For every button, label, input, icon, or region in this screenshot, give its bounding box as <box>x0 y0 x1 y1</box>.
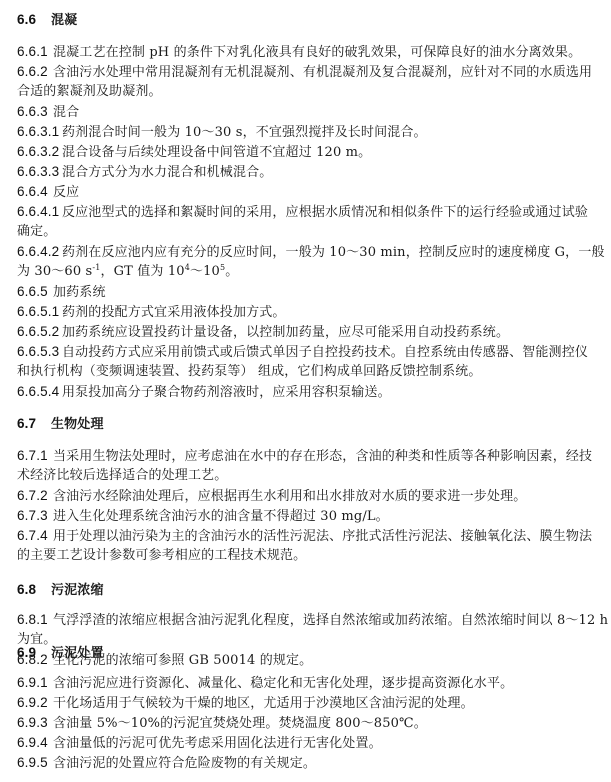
clause-number: 6.9.2 <box>17 693 53 712</box>
clause-text: 含油污水处理中常用混凝剂有无机混凝剂、有机混凝剂及复合混凝剂，应针对不同的水质选… <box>53 65 592 80</box>
clause-6-6-4-2-continuation: 为 30～60 s-1，GT 值为 104～105。 <box>17 262 238 281</box>
clause-text: 混合方式分为水力混合和机械混合。 <box>62 165 272 180</box>
text-fragment: 。 <box>225 264 238 279</box>
clause-number: 6.6.3.3 <box>17 162 62 181</box>
clause-6-6-5: 6.6.5加药系统 <box>17 282 106 302</box>
section-title: 污泥浓缩 <box>51 583 104 598</box>
clause-6-6-5-2: 6.6.5.2加药系统应设置投药计量设备，以控制加药量，应尽可能采用自动投药系统… <box>17 322 509 342</box>
clause-6-7-3: 6.7.3进入生化处理系统含油污水的油含量不得超过 30 mg/L。 <box>17 506 389 526</box>
section-number: 6.9 <box>17 643 51 662</box>
clause-text: 含油污水经除油处理后，应根据再生水利用和出水排放对水质的要求进一步处理。 <box>53 489 526 504</box>
clause-text: 进入生化处理系统含油污水的油含量不得超过 30 mg/L。 <box>53 509 389 524</box>
section-title: 混凝 <box>51 13 77 28</box>
clause-6-6-3-3: 6.6.3.3混合方式分为水力混合和机械混合。 <box>17 162 272 182</box>
clause-6-6-1: 6.6.1混凝工艺在控制 pH 的条件下对乳化液具有良好的破乳效果，可保障良好的… <box>17 42 581 62</box>
clause-number: 6.6.4 <box>17 182 53 201</box>
section-number: 6.7 <box>17 414 51 433</box>
clause-number: 6.6.5.4 <box>17 382 62 401</box>
clause-text: 用于处理以油污染为主的含油污水的活性污泥法、序批式活性污泥法、接触氧化法、膜生物… <box>53 529 592 544</box>
clause-6-6-4-1: 6.6.4.1反应池型式的选择和絮凝时间的采用，应根据水质情况和相似条件下的运行… <box>17 202 588 222</box>
clause-6-7-1-continuation: 术经济比较后选择适合的处理工艺。 <box>17 466 227 485</box>
clause-6-7-1: 6.7.1当采用生物法处理时，应考虑油在水中的存在形态，含油的种类和性质等各种影… <box>17 446 592 466</box>
clause-6-7-4: 6.7.4用于处理以油污染为主的含油污水的活性污泥法、序批式活性污泥法、接触氧化… <box>17 526 592 546</box>
section-heading-6-9: 6.9污泥处置 <box>17 643 104 663</box>
clause-number: 6.6.3.2 <box>17 142 62 161</box>
clause-6-6-4-2: 6.6.4.2药剂在反应池内应有充分的反应时间，一般为 10～30 min，控制… <box>17 242 605 262</box>
clause-text: 含油污泥的处置应符合危险废物的有关规定。 <box>53 756 316 771</box>
clause-6-6-5-1: 6.6.5.1药剂的投配方式宜采用液体投加方式。 <box>17 302 286 322</box>
text-fragment: ，GT 值为 10 <box>100 264 184 279</box>
clause-6-8-1: 6.8.1气浮浮渣的浓缩应根据含油污泥乳化程度，选择自然浓缩或加药浓缩。自然浓缩… <box>17 610 608 630</box>
section-heading-6-6: 6.6混凝 <box>17 10 77 30</box>
clause-6-9-4: 6.9.4含油量低的污泥可优先考虑采用固化法进行无害化处置。 <box>17 733 382 753</box>
clause-text: 含油量 5%～10%的污泥宜焚烧处理。焚烧温度 800～850℃。 <box>53 716 427 731</box>
clause-text: 干化场适用于气候较为干燥的地区，尤适用于沙漠地区含油污泥的处理。 <box>53 696 474 711</box>
clause-text: 混合 <box>53 105 79 120</box>
clause-6-9-1: 6.9.1含油污泥应进行资源化、减量化、稳定化和无害化处理，逐步提高资源化水平。 <box>17 673 513 693</box>
clause-6-6-2: 6.6.2含油污水处理中常用混凝剂有无机混凝剂、有机混凝剂及复合混凝剂，应针对不… <box>17 62 592 82</box>
clause-text: 当采用生物法处理时，应考虑油在水中的存在形态，含油的种类和性质等各种影响因素，经… <box>53 449 592 464</box>
clause-number: 6.6.5 <box>17 282 53 301</box>
clause-text: 药剂混合时间一般为 10～30 s，不宜强烈搅拌及长时间混合。 <box>62 125 427 140</box>
clause-6-6-3-2: 6.6.3.2混合设备与后续处理设备中间管道不宜超过 120 m。 <box>17 142 371 162</box>
clause-number: 6.7.1 <box>17 446 53 465</box>
section-title: 生物处理 <box>51 417 104 432</box>
clause-6-6-5-3-continuation: 和执行机构（变频调速装置、投药泵等） 组成，它们构成单回路反馈控制系统。 <box>17 362 482 381</box>
clause-number: 6.6.5.1 <box>17 302 62 321</box>
clause-text: 混合设备与后续处理设备中间管道不宜超过 120 m。 <box>62 145 371 160</box>
clause-number: 6.6.5.2 <box>17 322 62 341</box>
clause-text: 含油量低的污泥可优先考虑采用固化法进行无害化处置。 <box>53 736 382 751</box>
clause-text: 药剂的投配方式宜采用液体投加方式。 <box>62 305 286 320</box>
clause-text: 含油污泥应进行资源化、减量化、稳定化和无害化处理，逐步提高资源化水平。 <box>53 676 513 691</box>
clause-6-6-3-1: 6.6.3.1药剂混合时间一般为 10～30 s，不宜强烈搅拌及长时间混合。 <box>17 122 427 142</box>
clause-number: 6.7.2 <box>17 486 53 505</box>
clause-6-6-5-4: 6.6.5.4用泵投加高分子聚合物药剂溶液时，应采用容积泵输送。 <box>17 382 391 402</box>
clause-number: 6.6.4.1 <box>17 202 62 221</box>
clause-number: 6.8.1 <box>17 610 53 629</box>
clause-text: 加药系统应设置投药计量设备，以控制加药量，应尽可能采用自动投药系统。 <box>62 325 509 340</box>
clause-number: 6.6.1 <box>17 42 53 61</box>
clause-6-6-5-3: 6.6.5.3自动投药方式应采用前馈式或后馈式单因子自控投药技术。自控系统由传感… <box>17 342 588 362</box>
clause-number: 6.9.3 <box>17 713 53 732</box>
clause-6-6-2-continuation: 合适的絮凝剂及助凝剂。 <box>17 82 162 101</box>
clause-number: 6.6.3 <box>17 102 53 121</box>
clause-text: 自动投药方式应采用前馈式或后馈式单因子自控投药技术。自控系统由传感器、智能测控仪 <box>62 345 588 360</box>
section-number: 6.8 <box>17 580 51 599</box>
clause-number: 6.9.5 <box>17 753 53 772</box>
clause-number: 6.6.3.1 <box>17 122 62 141</box>
clause-text: 气浮浮渣的浓缩应根据含油污泥乳化程度，选择自然浓缩或加药浓缩。自然浓缩时间以 8… <box>53 613 608 628</box>
clause-number: 6.9.4 <box>17 733 53 752</box>
clause-text: 用泵投加高分子聚合物药剂溶液时，应采用容积泵输送。 <box>62 385 391 400</box>
clause-number: 6.6.4.2 <box>17 242 62 261</box>
clause-text: 加药系统 <box>53 285 106 300</box>
clause-number: 6.9.1 <box>17 673 53 692</box>
clause-6-7-4-continuation: 的主要工艺设计参数可参考相应的工程技术规范。 <box>17 546 306 565</box>
section-heading-6-8: 6.8污泥浓缩 <box>17 580 104 600</box>
clause-number: 6.6.2 <box>17 62 53 81</box>
clause-6-9-5: 6.9.5含油污泥的处置应符合危险废物的有关规定。 <box>17 753 316 773</box>
section-title: 污泥处置 <box>51 646 104 661</box>
clause-number: 6.6.5.3 <box>17 342 62 361</box>
text-fragment: ～10 <box>190 264 220 279</box>
clause-6-6-3: 6.6.3混合 <box>17 102 79 122</box>
clause-6-9-3: 6.9.3含油量 5%～10%的污泥宜焚烧处理。焚烧温度 800～850℃。 <box>17 713 427 733</box>
clause-text: 反应池型式的选择和絮凝时间的采用，应根据水质情况和相似条件下的运行经验或通过试验 <box>62 205 588 220</box>
clause-6-6-4: 6.6.4反应 <box>17 182 79 202</box>
clause-6-9-2: 6.9.2干化场适用于气候较为干燥的地区，尤适用于沙漠地区含油污泥的处理。 <box>17 693 474 713</box>
clause-text: 混凝工艺在控制 pH 的条件下对乳化液具有良好的破乳效果，可保障良好的油水分离效… <box>53 45 581 60</box>
clause-text: 反应 <box>53 185 79 200</box>
clause-6-6-4-1-continuation: 确定。 <box>17 222 56 241</box>
section-number: 6.6 <box>17 10 51 29</box>
clause-6-7-2: 6.7.2含油污水经除油处理后，应根据再生水利用和出水排放对水质的要求进一步处理… <box>17 486 526 506</box>
clause-text: 药剂在反应池内应有充分的反应时间，一般为 10～30 min，控制反应时的速度梯… <box>62 245 605 260</box>
section-heading-6-7: 6.7生物处理 <box>17 414 104 434</box>
clause-number: 6.7.3 <box>17 506 53 525</box>
text-fragment: 为 30～60 s <box>17 264 92 279</box>
clause-number: 6.7.4 <box>17 526 53 545</box>
